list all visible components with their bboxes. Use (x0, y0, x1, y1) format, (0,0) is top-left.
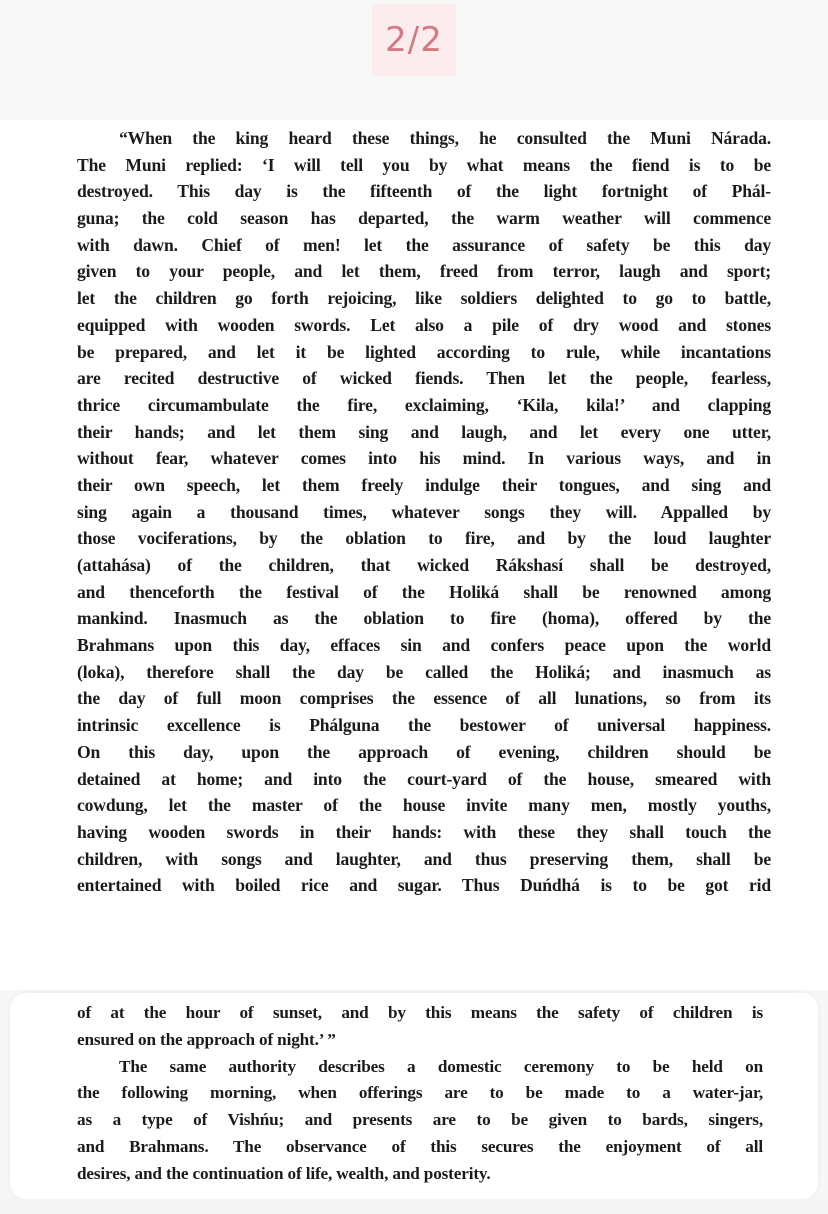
text-line: entertained with boiled rice and sugar. … (77, 872, 771, 899)
text-line: (loka), therefore shall the day be calle… (77, 659, 771, 686)
text-line: mankind. Inasmuch as the oblation to fir… (77, 605, 771, 632)
text-line: of at the hour of sunset, and by this me… (77, 1000, 763, 1027)
text-line: sing again a thousand times, whatever so… (77, 499, 771, 526)
text-line: intrinsic excellence is Phálguna the bes… (77, 712, 771, 739)
text-line: Brahmans upon this day, effaces sin and … (77, 632, 771, 659)
text-line: the day of full moon comprises the essen… (77, 685, 771, 712)
text-line: without fear, whatever comes into his mi… (77, 445, 771, 472)
text-line: the following morning, when offerings ar… (77, 1080, 763, 1107)
text-line: cowdung, let the master of the house inv… (77, 792, 771, 819)
text-line: given to your people, and let them, free… (77, 258, 771, 285)
overlay-text-block: of at the hour of sunset, and by this me… (77, 1000, 763, 1188)
bottom-strip (0, 1199, 828, 1214)
text-line: guna; the cold season has departed, the … (77, 205, 771, 232)
text-line: those vociferations, by the oblation to … (77, 525, 771, 552)
text-line: The same authority describes a domestic … (77, 1054, 763, 1081)
text-line: thrice circumambulate the fire, exclaimi… (77, 392, 771, 419)
text-line: and Brahmans. The observance of this sec… (77, 1134, 763, 1161)
text-line: desires, and the continuation of life, w… (77, 1161, 763, 1188)
text-line: let the children go forth rejoicing, lik… (77, 285, 771, 312)
text-line: having wooden swords in their hands: wit… (77, 819, 771, 846)
text-line: with dawn. Chief of men! let the assuran… (77, 232, 771, 259)
top-bar: 2/2 (0, 0, 828, 120)
text-line: (attahása) of the children, that wicked … (77, 552, 771, 579)
text-line: be prepared, and let it be lighted accor… (77, 339, 771, 366)
text-line: On this day, upon the approach of evenin… (77, 739, 771, 766)
text-line: their hands; and let them sing and laugh… (77, 419, 771, 446)
text-line: “When the king heard these things, he co… (77, 125, 771, 152)
text-line: and thenceforth the festival of the Holi… (77, 579, 771, 606)
page-indicator: 2/2 (385, 20, 443, 60)
text-line: are recited destructive of wicked fiends… (77, 365, 771, 392)
main-text-block: “When the king heard these things, he co… (77, 125, 771, 899)
text-line: children, with songs and laughter, and t… (77, 846, 771, 873)
text-line: destroyed. This day is the fifteenth of … (77, 178, 771, 205)
text-line: detained at home; and into the court-yar… (77, 766, 771, 793)
text-line: The Muni replied: ‘I will tell you by wh… (77, 152, 771, 179)
text-line: equipped with wooden swords. Let also a … (77, 312, 771, 339)
text-line: as a type of Vishńu; and presents are to… (77, 1107, 763, 1134)
text-line: their own speech, let them freely indulg… (77, 472, 771, 499)
page-indicator-badge: 2/2 (372, 4, 456, 76)
text-line: ensured on the approach of night.’ ” (77, 1027, 763, 1054)
